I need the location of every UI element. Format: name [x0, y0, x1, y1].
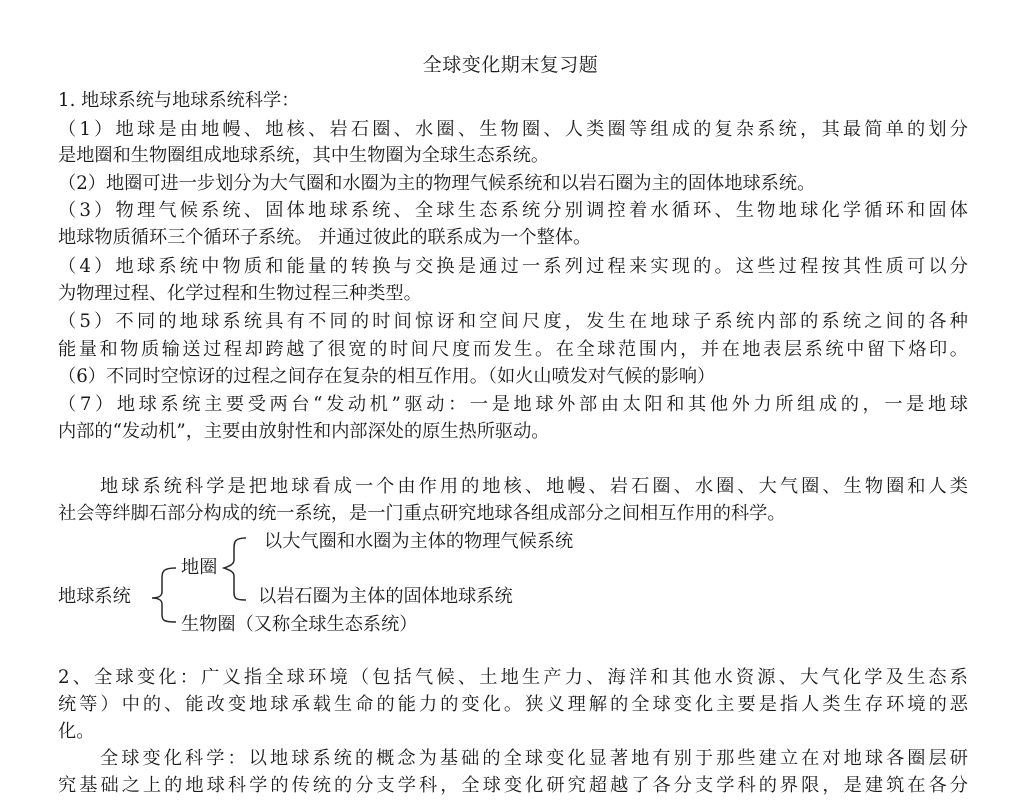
definition-line: 社会等绊脚石部分构成的统一系统，是一门重点研究地球各组成部分之间相互作用的科学。 — [58, 501, 968, 527]
section-2-line: 统等）中的、能改变地球承载生命的能力的变化。狭义理解的全球变化主要是指人类生存环… — [58, 692, 968, 718]
paragraph-line: 能量和物质输送过程却跨越了很宽的时间尺度而发生。在全球范围内，并在地表层系统中留… — [58, 337, 968, 363]
geosphere-brace — [224, 538, 246, 600]
diagram-solid-earth-label: 以岩石圈为主体的固体地球系统 — [258, 585, 513, 609]
paragraph-line: 内部的“发动机”，主要由放射性和内部深处的原生热所驱动。 — [58, 419, 968, 445]
diagram-biosphere-label: 生物圈（又称全球生态系统） — [181, 613, 417, 637]
earth-system-diagram: 地球系统 地圈 以大气圈和水圈为主体的物理气候系统 以岩石圈为主体的固体地球系统… — [58, 528, 678, 640]
paragraph-line: （3）物理气候系统、固体地球系统、全球生态系统分别调控着水循环、生物地球化学循环… — [58, 198, 968, 224]
section-2-line: 2、全球变化：广义指全球环境（包括气候、土地生产力、海洋和其他水资源、大气化学及… — [58, 665, 968, 691]
paragraph-line: 是地圈和生物圈组成地球系统，其中生物圈为全球生态系统。 — [58, 143, 968, 169]
paragraph-line: （6）不同时空惊讶的过程之间存在复杂的相互作用。（如火山喷发对气候的影响） — [58, 364, 968, 390]
root-brace — [152, 568, 176, 622]
global-change-science-line: 究基础之上的地球科学的传统的分支学科，全球变化研究超越了各分支学科的界限，是建筑… — [58, 773, 968, 799]
paragraph-line: （2）地圈可进一步划分为大气圈和水圈为主的物理气候系统和以岩石圈为主的固体地球系… — [58, 171, 968, 197]
paragraph-line: （4）地球系统中物质和能量的转换与交换是通过一系列过程来实现的。这些过程按其性质… — [58, 254, 968, 280]
paragraph-line: （1）地球是由地幔、地核、岩石圈、水圈、生物圈、人类圈等组成的复杂系统，其最简单… — [58, 117, 968, 143]
global-change-science-line: 全球变化科学：以地球系统的概念为基础的全球变化显著地有别于那些建立在对地球各圈层… — [100, 746, 968, 772]
diagram-physical-climate-label: 以大气圈和水圈为主体的物理气候系统 — [264, 530, 573, 554]
paragraph-line: （7）地球系统主要受两台“发动机”驱动：一是地球外部由太阳和其他外力所组成的，一… — [58, 392, 968, 418]
definition-line: 地球系统科学是把地球看成一个由作用的地核、地幔、岩石圈、水圈、大气圈、生物圈和人… — [100, 474, 968, 500]
page-title: 全球变化期末复习题 — [0, 50, 1021, 77]
diagram-root-label: 地球系统 — [58, 585, 131, 609]
paragraph-line: 地球物质循环三个循环子系统。 并通过彼此的联系成为一个整体。 — [58, 225, 968, 251]
diagram-geosphere-label: 地圈 — [181, 556, 217, 580]
section-1-heading: 1. 地球系统与地球系统科学： — [58, 88, 968, 114]
document-page: 全球变化期末复习题 1. 地球系统与地球系统科学： （1）地球是由地幔、地核、岩… — [0, 0, 1021, 808]
paragraph-line: （5）不同的地球系统具有不同的时间惊讶和空间尺度，发生在地球子系统内部的系统之间… — [58, 309, 968, 335]
section-2-line: 化。 — [58, 719, 968, 745]
paragraph-line: 为物理过程、化学过程和生物过程三种类型。 — [58, 281, 968, 307]
